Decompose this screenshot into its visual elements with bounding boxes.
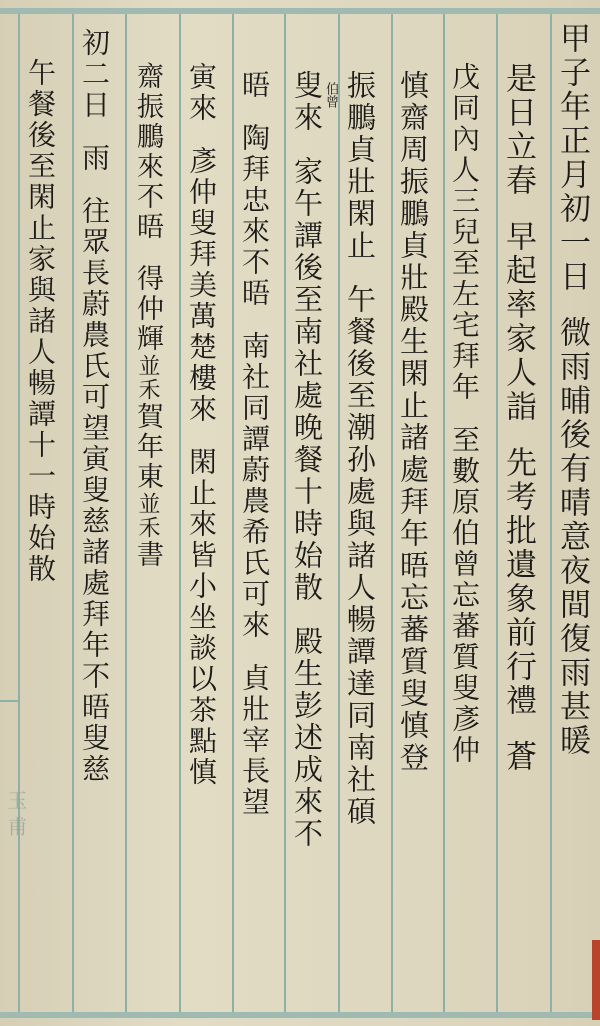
entry-date-heading: 初二日 <box>78 28 111 121</box>
column-rule <box>125 14 127 1012</box>
column-text: 慎齋周振鵬貞壯殿生閑止諸處拜年晤忘蕃質叟慎登 <box>396 70 430 774</box>
text-column-1: 甲子年正月初一日微雨晡後有晴意夜間復雨甚暖 <box>556 22 587 1004</box>
text-column-5: 振鵬貞壯閑止午餐後至潮孙處與諸人暢譚達同南社碩 <box>345 70 374 1004</box>
weather-text: 微雨晡後有晴意夜間復雨甚暖 <box>554 316 590 758</box>
column-text: 叟來 <box>290 70 324 134</box>
column-text: 振鵬貞壯閑止 <box>343 70 377 262</box>
column-text: 戊同內人三兒至左宅拜年 <box>448 62 481 403</box>
interlinear-note: 伯曾 <box>324 82 337 108</box>
column-text: 蒼 <box>500 740 536 774</box>
column-text: 賀年東 <box>132 402 163 492</box>
text-column-9: 齋振鵬來不晤得仲輝並禾賀年東並禾書 <box>134 62 161 1004</box>
column-rule <box>443 14 445 1012</box>
text-column-8: 寅來彥仲叟拜美萬楚樓來閑止來皆小坐談以茶點慎 <box>187 62 215 1004</box>
text-column-10: 初二日雨往眾長蔚農氏可望寅叟慈諸處拜年不晤叟慈 <box>80 28 108 1004</box>
column-text-small: 並禾 <box>135 492 160 540</box>
column-text: 彥仲叟拜美萬楚樓來 <box>185 146 218 425</box>
column-text: 是日立春 <box>500 62 536 198</box>
column-rule <box>338 14 340 1012</box>
text-column-4: 慎齋周振鵬貞壯殿生閑止諸處拜年晤忘蕃質叟慎登 <box>398 70 427 1004</box>
column-rule <box>391 14 393 1012</box>
column-rule <box>179 14 181 1012</box>
column-rule <box>496 14 498 1012</box>
column-text-small: 並禾 <box>135 354 160 402</box>
column-text: 閑止來皆小坐談以茶點慎 <box>185 447 218 788</box>
column-text: 南社同譚蔚農希氏可來 <box>238 331 271 641</box>
text-column-11: 午餐後至閑止家與諸人暢譚十一時始散 <box>26 58 54 1004</box>
column-rule <box>550 14 552 1012</box>
entry-date-heading: 甲子年正月初一日 <box>554 22 590 294</box>
column-text: 午餐後至閑止家與諸人暢譚十一時始散 <box>24 58 57 585</box>
column-text: 家午譚後至南社處晚餐十時始散 <box>290 156 324 604</box>
weather-text: 雨 <box>78 143 111 174</box>
text-column-6: 叟來家午譚後至南社處晚餐十時始散殿生彭述成來不 <box>292 70 321 1004</box>
manuscript-page: 玉甫 甲子年正月初一日微雨晡後有晴意夜間復雨甚暖 是日立春早起率家人詣先考批遺象… <box>0 0 600 1026</box>
top-border-rule <box>0 8 600 14</box>
column-text: 陶拜忠來不晤 <box>238 123 271 309</box>
column-text: 書 <box>132 540 163 570</box>
column-text: 午餐後至潮孙處與諸人暢譚達同南社碩 <box>343 284 377 828</box>
text-column-7: 晤陶拜忠來不晤南社同譚蔚農希氏可來貞壯宰長望 <box>240 70 268 1004</box>
column-text: 得仲輝 <box>132 264 163 354</box>
column-text: 往眾長蔚農氏可 <box>78 196 111 413</box>
column-text: 先考批遺象前行禮 <box>500 446 536 718</box>
red-edge-mark <box>592 940 600 1020</box>
column-text: 早起率家人詣 <box>500 220 536 424</box>
column-text: 拜年不晤叟慈 <box>78 599 111 785</box>
column-text: 齋振鵬來不晤 <box>132 62 163 242</box>
column-text: 至數原伯曾忘蕃質叟彥仲 <box>448 425 481 766</box>
column-text: 貞壯宰長望 <box>238 663 271 818</box>
column-text: 殿生彭述成來不 <box>290 626 324 850</box>
bottom-border-rule <box>0 1012 600 1018</box>
column-rule <box>284 14 286 1012</box>
column-text: 望寅叟慈諸處 <box>78 413 111 599</box>
column-text: 晤 <box>238 70 271 101</box>
column-rule <box>72 14 74 1012</box>
column-text: 寅來 <box>185 62 218 124</box>
text-column-2: 是日立春早起率家人詣先考批遺象前行禮蒼 <box>502 62 533 1004</box>
text-column-3: 戊同內人三兒至左宅拜年至數原伯曾忘蕃質叟彥仲 <box>450 62 478 1004</box>
column-rule <box>232 14 234 1012</box>
